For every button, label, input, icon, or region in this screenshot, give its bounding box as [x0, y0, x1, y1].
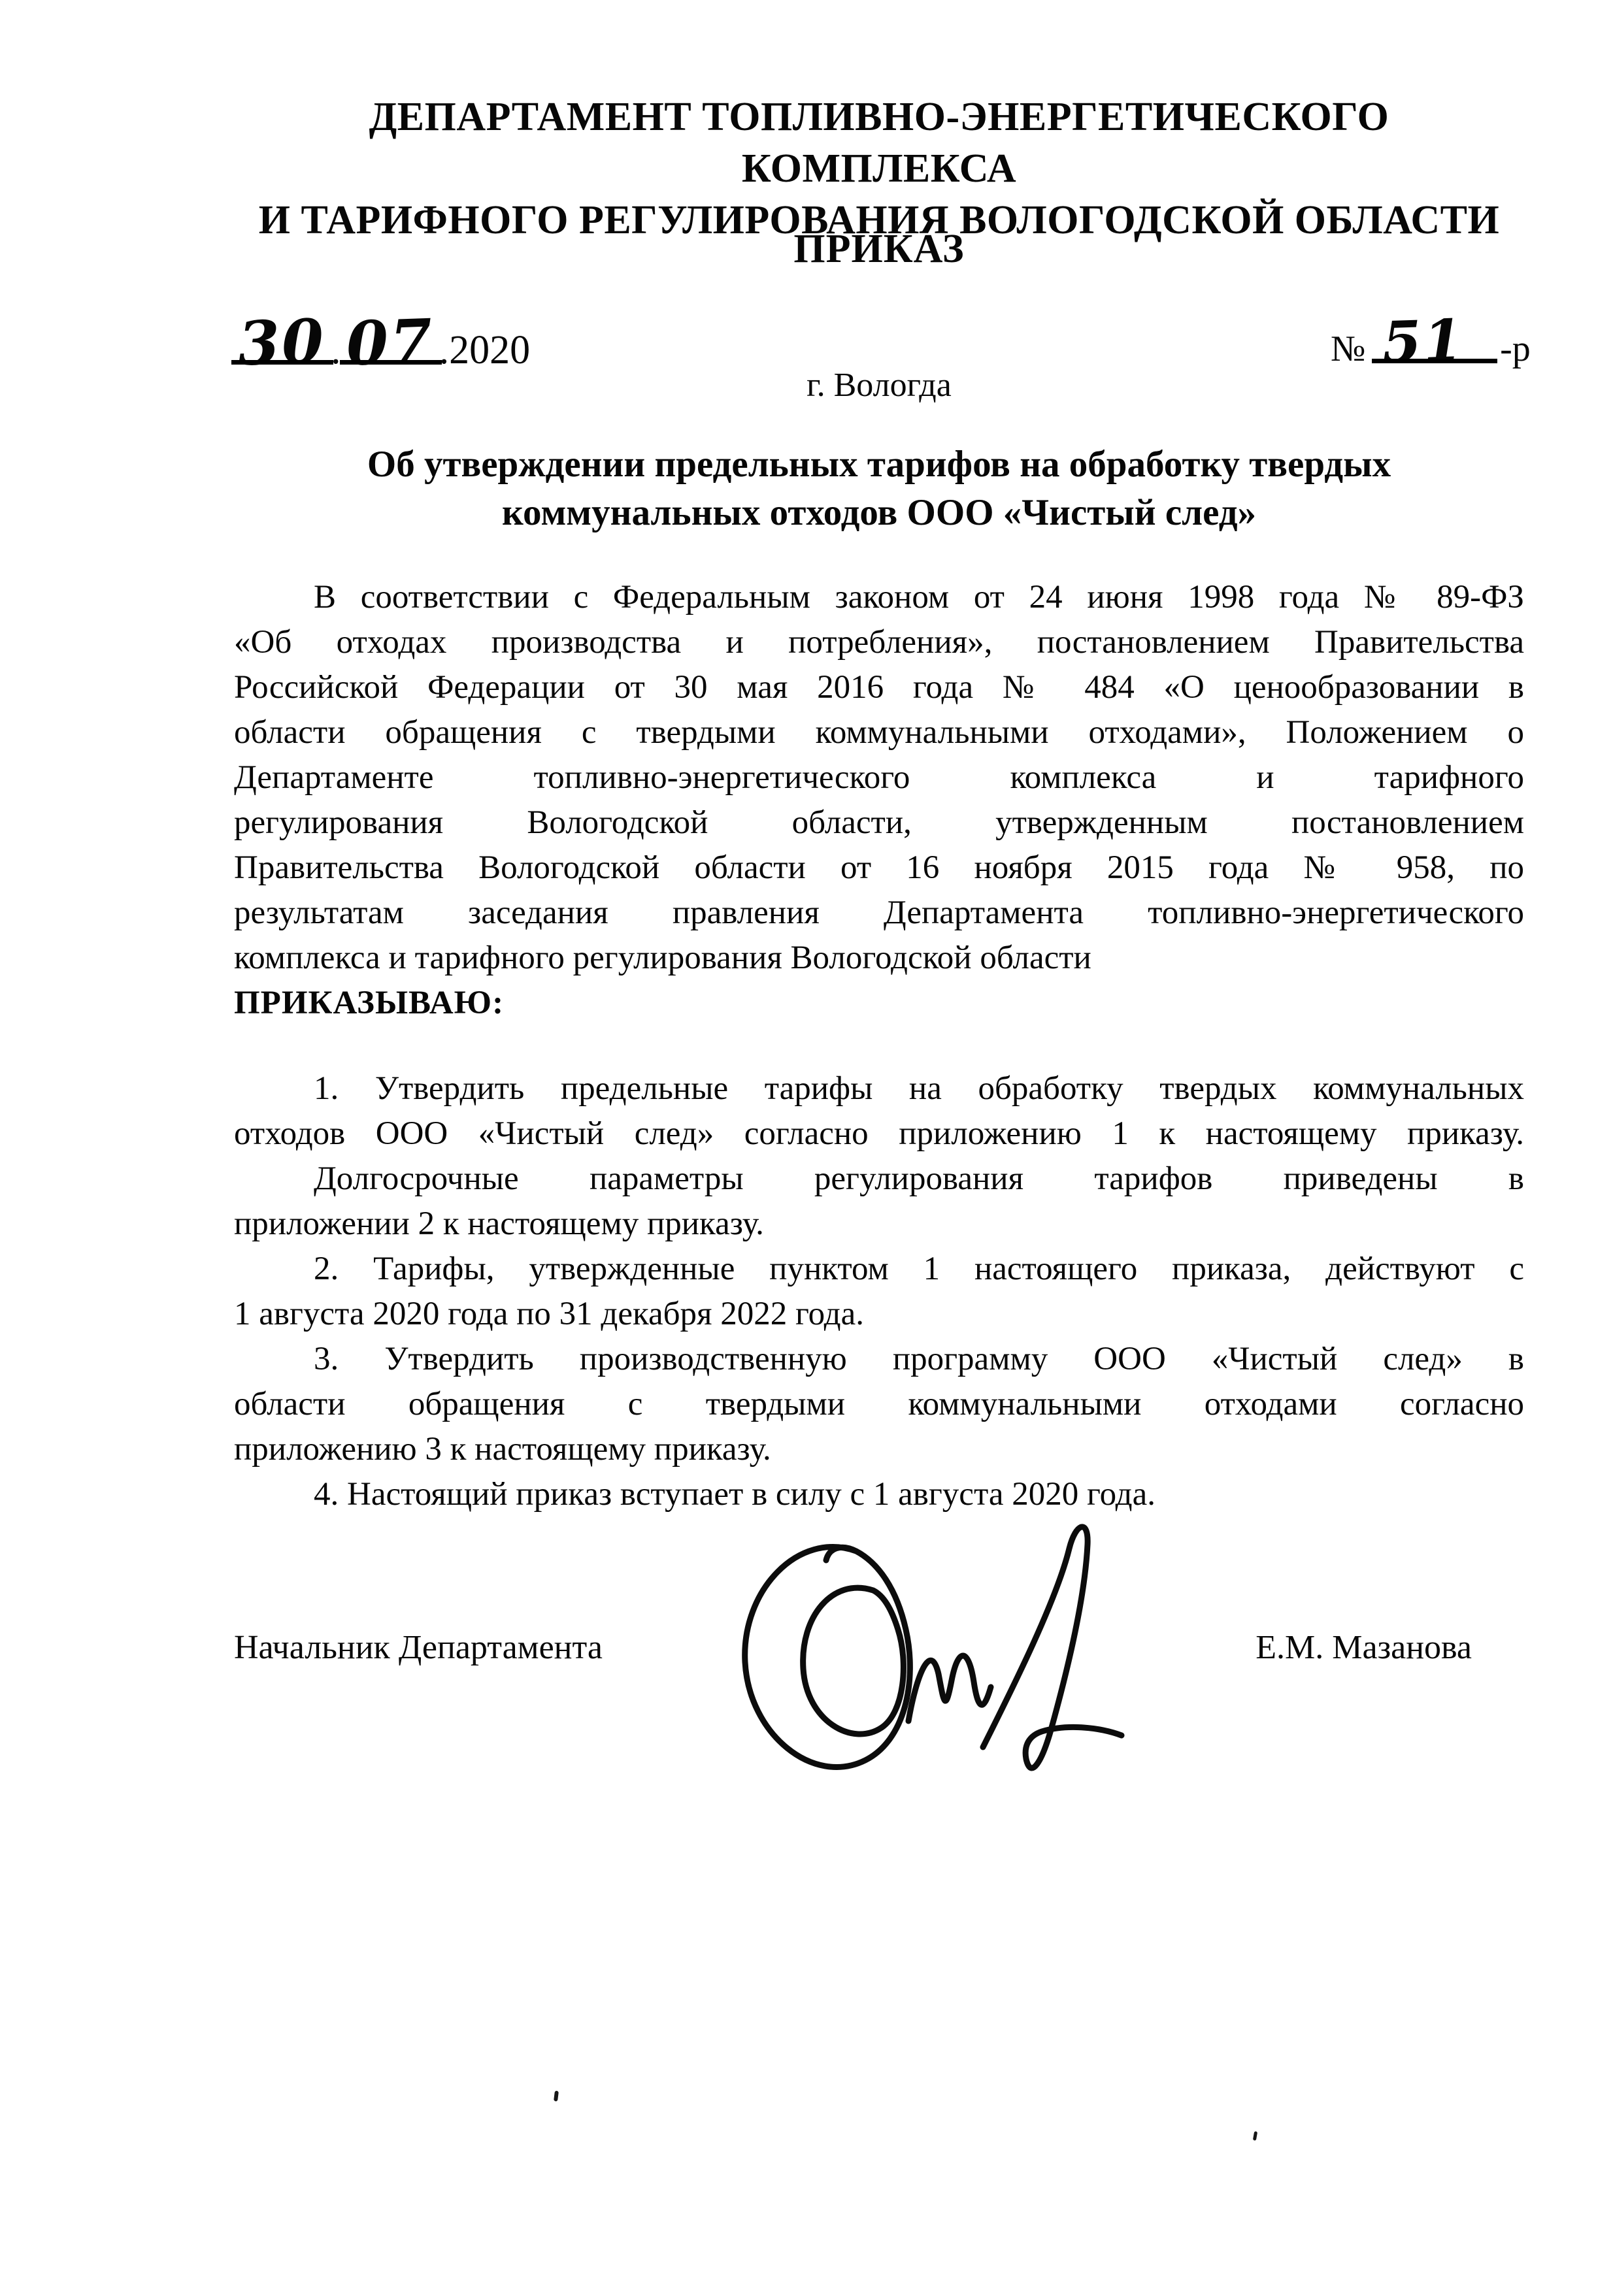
preamble-line: регулирования Вологодской области, утвер… — [234, 800, 1524, 845]
order-item-line: 1 августа 2020 года по 31 декабря 2022 г… — [234, 1292, 1524, 1337]
order-word: ПРИКАЗЫВАЮ: — [234, 981, 1524, 1026]
document-number: №51-р — [1331, 314, 1531, 370]
document-date: 30.07.2020 — [233, 312, 530, 372]
title-line2: коммунальных отходов ООО «Чистый след» — [234, 489, 1524, 537]
preamble-line: результатам заседания правления Департам… — [234, 891, 1524, 936]
preamble-line: Департаменте топливно-энергетического ко… — [234, 755, 1524, 800]
preamble: В соответствии с Федеральным законом от … — [234, 575, 1524, 1026]
order-item-line: 2. Тарифы, утвержденные пунктом 1 настоя… — [234, 1247, 1524, 1292]
order-item-line: 3. Утвердить производственную программу … — [234, 1337, 1524, 1382]
date-day-handwritten: 30 — [237, 311, 326, 374]
preamble-line: В соответствии с Федеральным законом от … — [234, 575, 1524, 620]
document-title: Об утверждении предельных тарифов на обр… — [234, 440, 1524, 537]
scan-speck — [1253, 2131, 1257, 2141]
signatory-name: Е.М. Мазанова — [1255, 1628, 1472, 1667]
scanned-order-page: ДЕПАРТАМЕНТ ТОПЛИВНО-ЭНЕРГЕТИЧЕСКОГО КОМ… — [0, 0, 1613, 2296]
date-month-blank: 07 — [341, 312, 439, 372]
order-item-line: отходов ООО «Чистый след» согласно прило… — [234, 1111, 1524, 1156]
org-name-line1: ДЕПАРТАМЕНТ ТОПЛИВНО-ЭНЕРГЕТИЧЕСКОГО КОМ… — [234, 91, 1524, 195]
preamble-line: «Об отходах производства и потребления»,… — [234, 620, 1524, 665]
number-suffix: -р — [1500, 331, 1531, 367]
date-day-blank: 30 — [233, 312, 331, 372]
order-item-line: 1. Утвердить предельные тарифы на обрабо… — [234, 1066, 1524, 1111]
date-month-handwritten: 07 — [345, 311, 435, 374]
title-line1: Об утверждении предельных тарифов на обр… — [234, 440, 1524, 489]
number-blank: 51 — [1377, 314, 1470, 370]
number-handwritten: 51 — [1382, 312, 1466, 371]
document-type: ПРИКАЗ — [234, 226, 1524, 272]
number-sign: № — [1331, 331, 1365, 367]
order-item-line: области обращения с твердыми коммунальны… — [234, 1382, 1524, 1427]
order-item-line: приложении 2 к настоящему приказу. — [234, 1202, 1524, 1247]
signature-autograph-icon — [701, 1511, 1158, 1805]
org-name: ДЕПАРТАМЕНТ ТОПЛИВНО-ЭНЕРГЕТИЧЕСКОГО КОМ… — [234, 91, 1524, 246]
order-item-line: Долгосрочные параметры регулирования тар… — [234, 1156, 1524, 1202]
preamble-line: Правительства Вологодской области от 16 … — [234, 845, 1524, 891]
signatory-position: Начальник Департамента — [234, 1628, 603, 1667]
order-item-line: приложению 3 к настоящему приказу. — [234, 1427, 1524, 1472]
preamble-line: Российской Федерации от 30 мая 2016 года… — [234, 665, 1524, 710]
place-of-issue: г. Вологда — [234, 366, 1524, 404]
preamble-line: комплекса и тарифного регулирования Воло… — [234, 936, 1524, 981]
scan-speck — [554, 2091, 559, 2102]
preamble-line: области обращения с твердыми коммунальны… — [234, 710, 1524, 755]
order-items: 1. Утвердить предельные тарифы на обрабо… — [234, 1066, 1524, 1517]
